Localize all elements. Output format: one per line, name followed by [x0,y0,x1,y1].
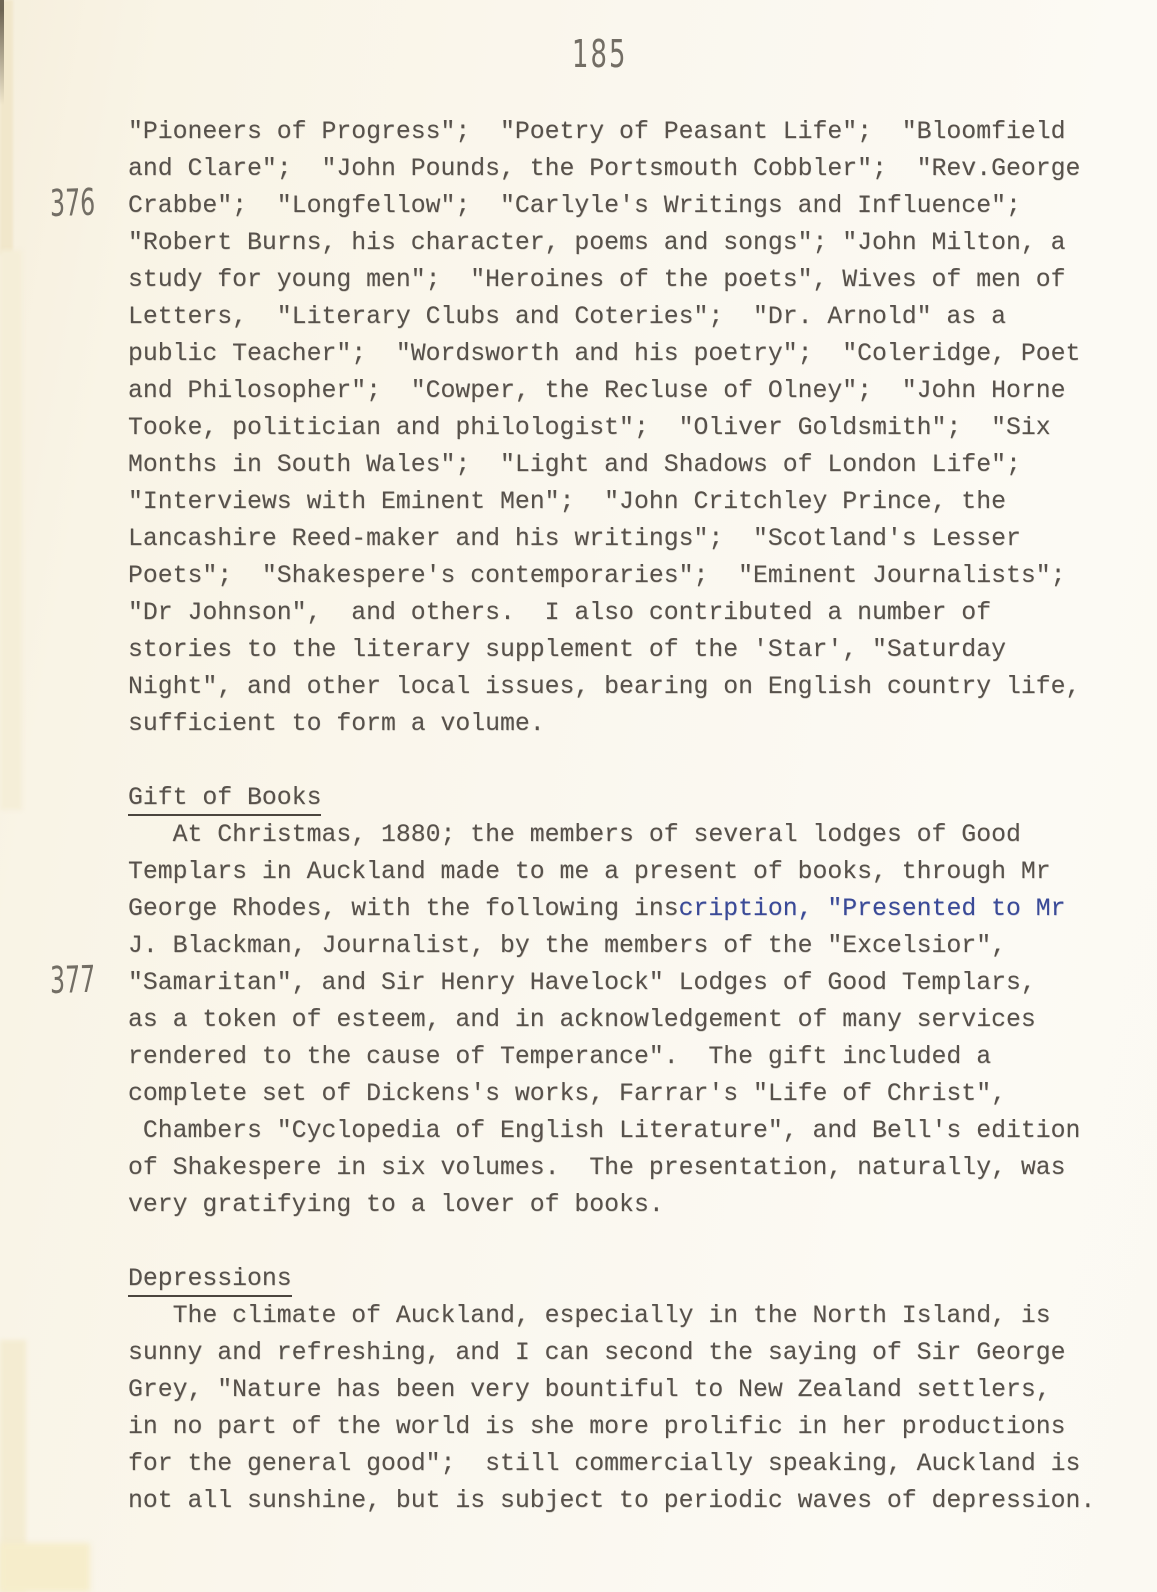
typewriter-text: George Rhodes, with the following ins [128,895,679,923]
margin-page-ref: 376 [50,184,96,222]
typewriter-text: and Clare"; "John Pounds, the Portsmouth… [128,155,1080,183]
text-line: "Pioneers of Progress"; "Poetry of Peasa… [128,114,1138,151]
text-line: The climate of Auckland, especially in t… [128,1298,1138,1335]
text-line: 377"Samaritan", and Sir Henry Havelock" … [128,965,1138,1002]
page-edge-shading [0,250,22,810]
text-line: complete set of Dickens's works, Farrar'… [128,1076,1138,1113]
text-line: and Philosopher"; "Cowper, the Recluse o… [128,373,1138,410]
text-line: At Christmas, 1880; the members of sever… [128,817,1138,854]
text-line: George Rhodes, with the following inscri… [128,891,1138,928]
typewriter-text: "Robert Burns, his character, poems and … [128,229,1065,257]
typewriter-text: very gratifying to a lover of books. [128,1191,664,1219]
text-line: public Teacher"; "Wordsworth and his poe… [128,336,1138,373]
typewriter-text: stories to the literary supplement of th… [128,636,1006,664]
page-edge-shading [0,1543,90,1592]
text-line: sufficient to form a volume. [128,706,1138,743]
typewriter-text: of Shakespere in six volumes. The presen… [128,1154,1065,1182]
text-line: and Clare"; "John Pounds, the Portsmouth… [128,151,1138,188]
typewriter-text: Poets"; "Shakespere's contemporaries"; "… [128,562,1065,590]
typewriter-text: Templars in Auckland made to me a presen… [128,858,1051,886]
typewriter-text: At Christmas, 1880; the members of sever… [128,821,1021,849]
page-number: 185 [572,32,627,76]
text-line: Letters, "Literary Clubs and Coteries"; … [128,299,1138,336]
text-line: Tooke, politician and philologist"; "Oli… [128,410,1138,447]
text-line: Grey, "Nature has been very bountiful to… [128,1372,1138,1409]
typewriter-text: "Interviews with Eminent Men"; "John Cri… [128,488,1006,516]
typewriter-text: "Dr Johnson", and others. I also contrib… [128,599,991,627]
typewriter-text: and Philosopher"; "Cowper, the Recluse o… [128,377,1065,405]
page-edge-shading [0,0,4,105]
text-line: stories to the literary supplement of th… [128,632,1138,669]
document-page: 185 "Pioneers of Progress"; "Poetry of P… [0,0,1157,1592]
typewriter-text: complete set of Dickens's works, Farrar'… [128,1080,1006,1108]
section-heading: Gift of Books [128,784,321,816]
text-line: Poets"; "Shakespere's contemporaries"; "… [128,558,1138,595]
text-line: Months in South Wales"; "Light and Shado… [128,447,1138,484]
text-line: as a token of esteem, and in acknowledge… [128,1002,1138,1039]
typewriter-text: Months in South Wales"; "Light and Shado… [128,451,1021,479]
typewriter-text: Grey, "Nature has been very bountiful to… [128,1376,1051,1404]
typewriter-text: rendered to the cause of Temperance". Th… [128,1043,991,1071]
typewriter-text: as a token of esteem, and in acknowledge… [128,1006,1036,1034]
typewriter-text: for the general good"; still commerciall… [128,1450,1080,1478]
typewriter-text: Tooke, politician and philologist"; "Oli… [128,414,1051,442]
typewriter-text: not all sunshine, but is subject to peri… [128,1487,1095,1515]
text-line: rendered to the cause of Temperance". Th… [128,1039,1138,1076]
typewriter-text: sunny and refreshing, and I can second t… [128,1339,1065,1367]
text-line: Chambers "Cyclopedia of English Literatu… [128,1113,1138,1150]
typewriter-text: The climate of Auckland, especially in t… [128,1302,1051,1330]
text-line: 376Crabbe"; "Longfellow"; "Carlyle's Wri… [128,188,1138,225]
text-line: "Robert Burns, his character, poems and … [128,225,1138,262]
section-heading-line: Gift of Books [128,780,1138,817]
typewriter-text: in no part of the world is she more prol… [128,1413,1065,1441]
text-line: Templars in Auckland made to me a presen… [128,854,1138,891]
text-line: for the general good"; still commerciall… [128,1446,1138,1483]
text-line: not all sunshine, but is subject to peri… [128,1483,1138,1520]
text-line: Night", and other local issues, bearing … [128,669,1138,706]
text-line: "Interviews with Eminent Men"; "John Cri… [128,484,1138,521]
text-line: very gratifying to a lover of books. [128,1187,1138,1224]
text-line: Lancashire Reed-maker and his writings";… [128,521,1138,558]
margin-page-ref: 377 [50,961,96,999]
text-line: in no part of the world is she more prol… [128,1409,1138,1446]
typewriter-text: sufficient to form a volume. [128,710,545,738]
blue-ink-text: cription, "Presented to Mr [679,895,1066,923]
typewriter-text: Crabbe"; "Longfellow"; "Carlyle's Writin… [128,192,1021,220]
typewriter-text: Lancashire Reed-maker and his writings";… [128,525,1021,553]
text-line: of Shakespere in six volumes. The presen… [128,1150,1138,1187]
text-line: "Dr Johnson", and others. I also contrib… [128,595,1138,632]
text-body: "Pioneers of Progress"; "Poetry of Peasa… [128,114,1138,1520]
typewriter-text: public Teacher"; "Wordsworth and his poe… [128,340,1080,368]
text-line: sunny and refreshing, and I can second t… [128,1335,1138,1372]
typewriter-text: Night", and other local issues, bearing … [128,673,1080,701]
section-heading-line: Depressions [128,1261,1138,1298]
typewriter-text: "Samaritan", and Sir Henry Havelock" Lod… [128,969,1036,997]
text-line: study for young men"; "Heroines of the p… [128,262,1138,299]
typewriter-text: Letters, "Literary Clubs and Coteries"; … [128,303,1006,331]
typewriter-text: Chambers "Cyclopedia of English Literatu… [128,1117,1080,1145]
section-heading: Depressions [128,1265,292,1297]
typewriter-text: J. Blackman, Journalist, by the members … [128,932,1006,960]
typewriter-text: study for young men"; "Heroines of the p… [128,266,1065,294]
typewriter-text: "Pioneers of Progress"; "Poetry of Peasa… [128,118,1065,146]
text-line: J. Blackman, Journalist, by the members … [128,928,1138,965]
